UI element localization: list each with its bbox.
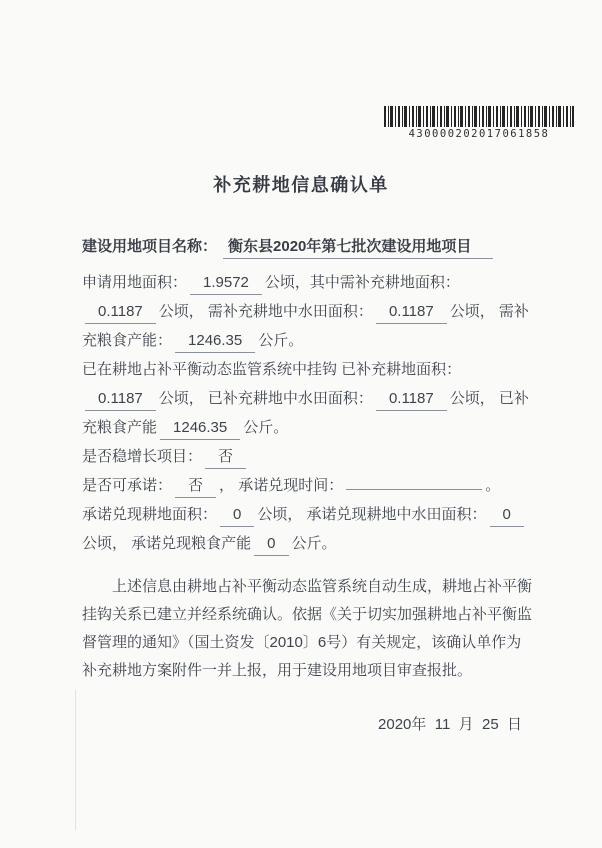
- linked-paddy-label: 公顷， 已补充耕地中水田面积：: [159, 390, 373, 407]
- need-paddy-area-label: 公顷， 需补充耕地中水田面积：: [159, 303, 373, 320]
- need-supplement-area-label: 公顷，其中需补充耕地面积：: [265, 274, 460, 291]
- need-grain-capacity-value: 1246.35: [175, 330, 255, 353]
- project-name-label: 建设用地项目名称：: [82, 238, 217, 255]
- project-name-value: 衡东县2020年第七批次建设用地项目: [223, 236, 493, 259]
- document-page: 430000202017061858 补充耕地信息确认单 建设用地项目名称：衡东…: [0, 0, 602, 848]
- field-stable-growth: 是否稳增长项目：否: [82, 442, 534, 471]
- fulfill-grain-capacity-label: 公顷， 承诺兑现粮食产能: [82, 535, 251, 552]
- fulfill-area-label: 承诺兑现耕地面积：: [82, 506, 217, 523]
- promise-value: 否: [175, 475, 216, 498]
- promise-time-value: [346, 489, 482, 490]
- promise-time-label: ， 承诺兑现时间：: [219, 477, 343, 494]
- field-promise: 是否可承诺：否， 承诺兑现时间：。: [82, 471, 534, 500]
- field-promise-fulfill: 承诺兑现耕地面积：0公顷， 承诺兑现耕地中水田面积：0公顷， 承诺兑现粮食产能0…: [82, 500, 534, 558]
- promise-label: 是否可承诺：: [82, 477, 172, 494]
- linked-area-label: 已在耕地占补平衡动态监管系统中挂钩 已补充耕地面积：: [82, 361, 461, 378]
- form-body: 建设用地项目名称：衡东县2020年第七批次建设用地项目 申请用地面积：1.957…: [82, 232, 534, 739]
- field-project-name: 建设用地项目名称：衡东县2020年第七批次建设用地项目: [82, 232, 534, 261]
- statement-paragraph: 上述信息由耕地占补平衡动态监管系统自动生成，耕地占补平衡挂钩关系已建立并经系统确…: [82, 573, 534, 685]
- unit-kg-label: 公斤。: [243, 419, 288, 436]
- scan-artifact-line: [75, 690, 76, 830]
- linked-grain-capacity-value: 1246.35: [160, 417, 240, 440]
- barcode-number: 430000202017061858: [384, 128, 574, 140]
- fulfill-area-value: 0: [220, 504, 254, 527]
- fulfill-grain-capacity-value: 0: [254, 533, 288, 556]
- unit-kg-label: 公斤。: [258, 332, 303, 349]
- linked-paddy-value: 0.1187: [376, 388, 447, 411]
- barcode-bars: [384, 106, 574, 127]
- stable-growth-label: 是否稳增长项目：: [82, 448, 202, 465]
- need-supplement-area-value: 0.1187: [85, 301, 156, 324]
- barcode: 430000202017061858: [384, 106, 574, 140]
- sentence-end: 。: [485, 477, 500, 494]
- document-date: 2020年 11 月 25 日: [82, 710, 534, 739]
- stable-growth-value: 否: [205, 446, 246, 469]
- page-title: 补充耕地信息确认单: [0, 171, 602, 197]
- field-applied-area: 申请用地面积：1.9572公顷，其中需补充耕地面积：0.1187公顷， 需补充耕…: [82, 268, 534, 355]
- need-paddy-area-value: 0.1187: [376, 301, 447, 324]
- applied-area-label: 申请用地面积：: [82, 274, 187, 291]
- fulfill-paddy-value: 0: [490, 504, 524, 527]
- fulfill-paddy-label: 公顷， 承诺兑现耕地中水田面积：: [257, 506, 486, 523]
- unit-kg-label: 公斤。: [292, 535, 337, 552]
- applied-area-value: 1.9572: [190, 272, 262, 295]
- field-linked-supplement: 已在耕地占补平衡动态监管系统中挂钩 已补充耕地面积：0.1187公顷， 已补充耕…: [82, 355, 534, 442]
- linked-area-value: 0.1187: [85, 388, 156, 411]
